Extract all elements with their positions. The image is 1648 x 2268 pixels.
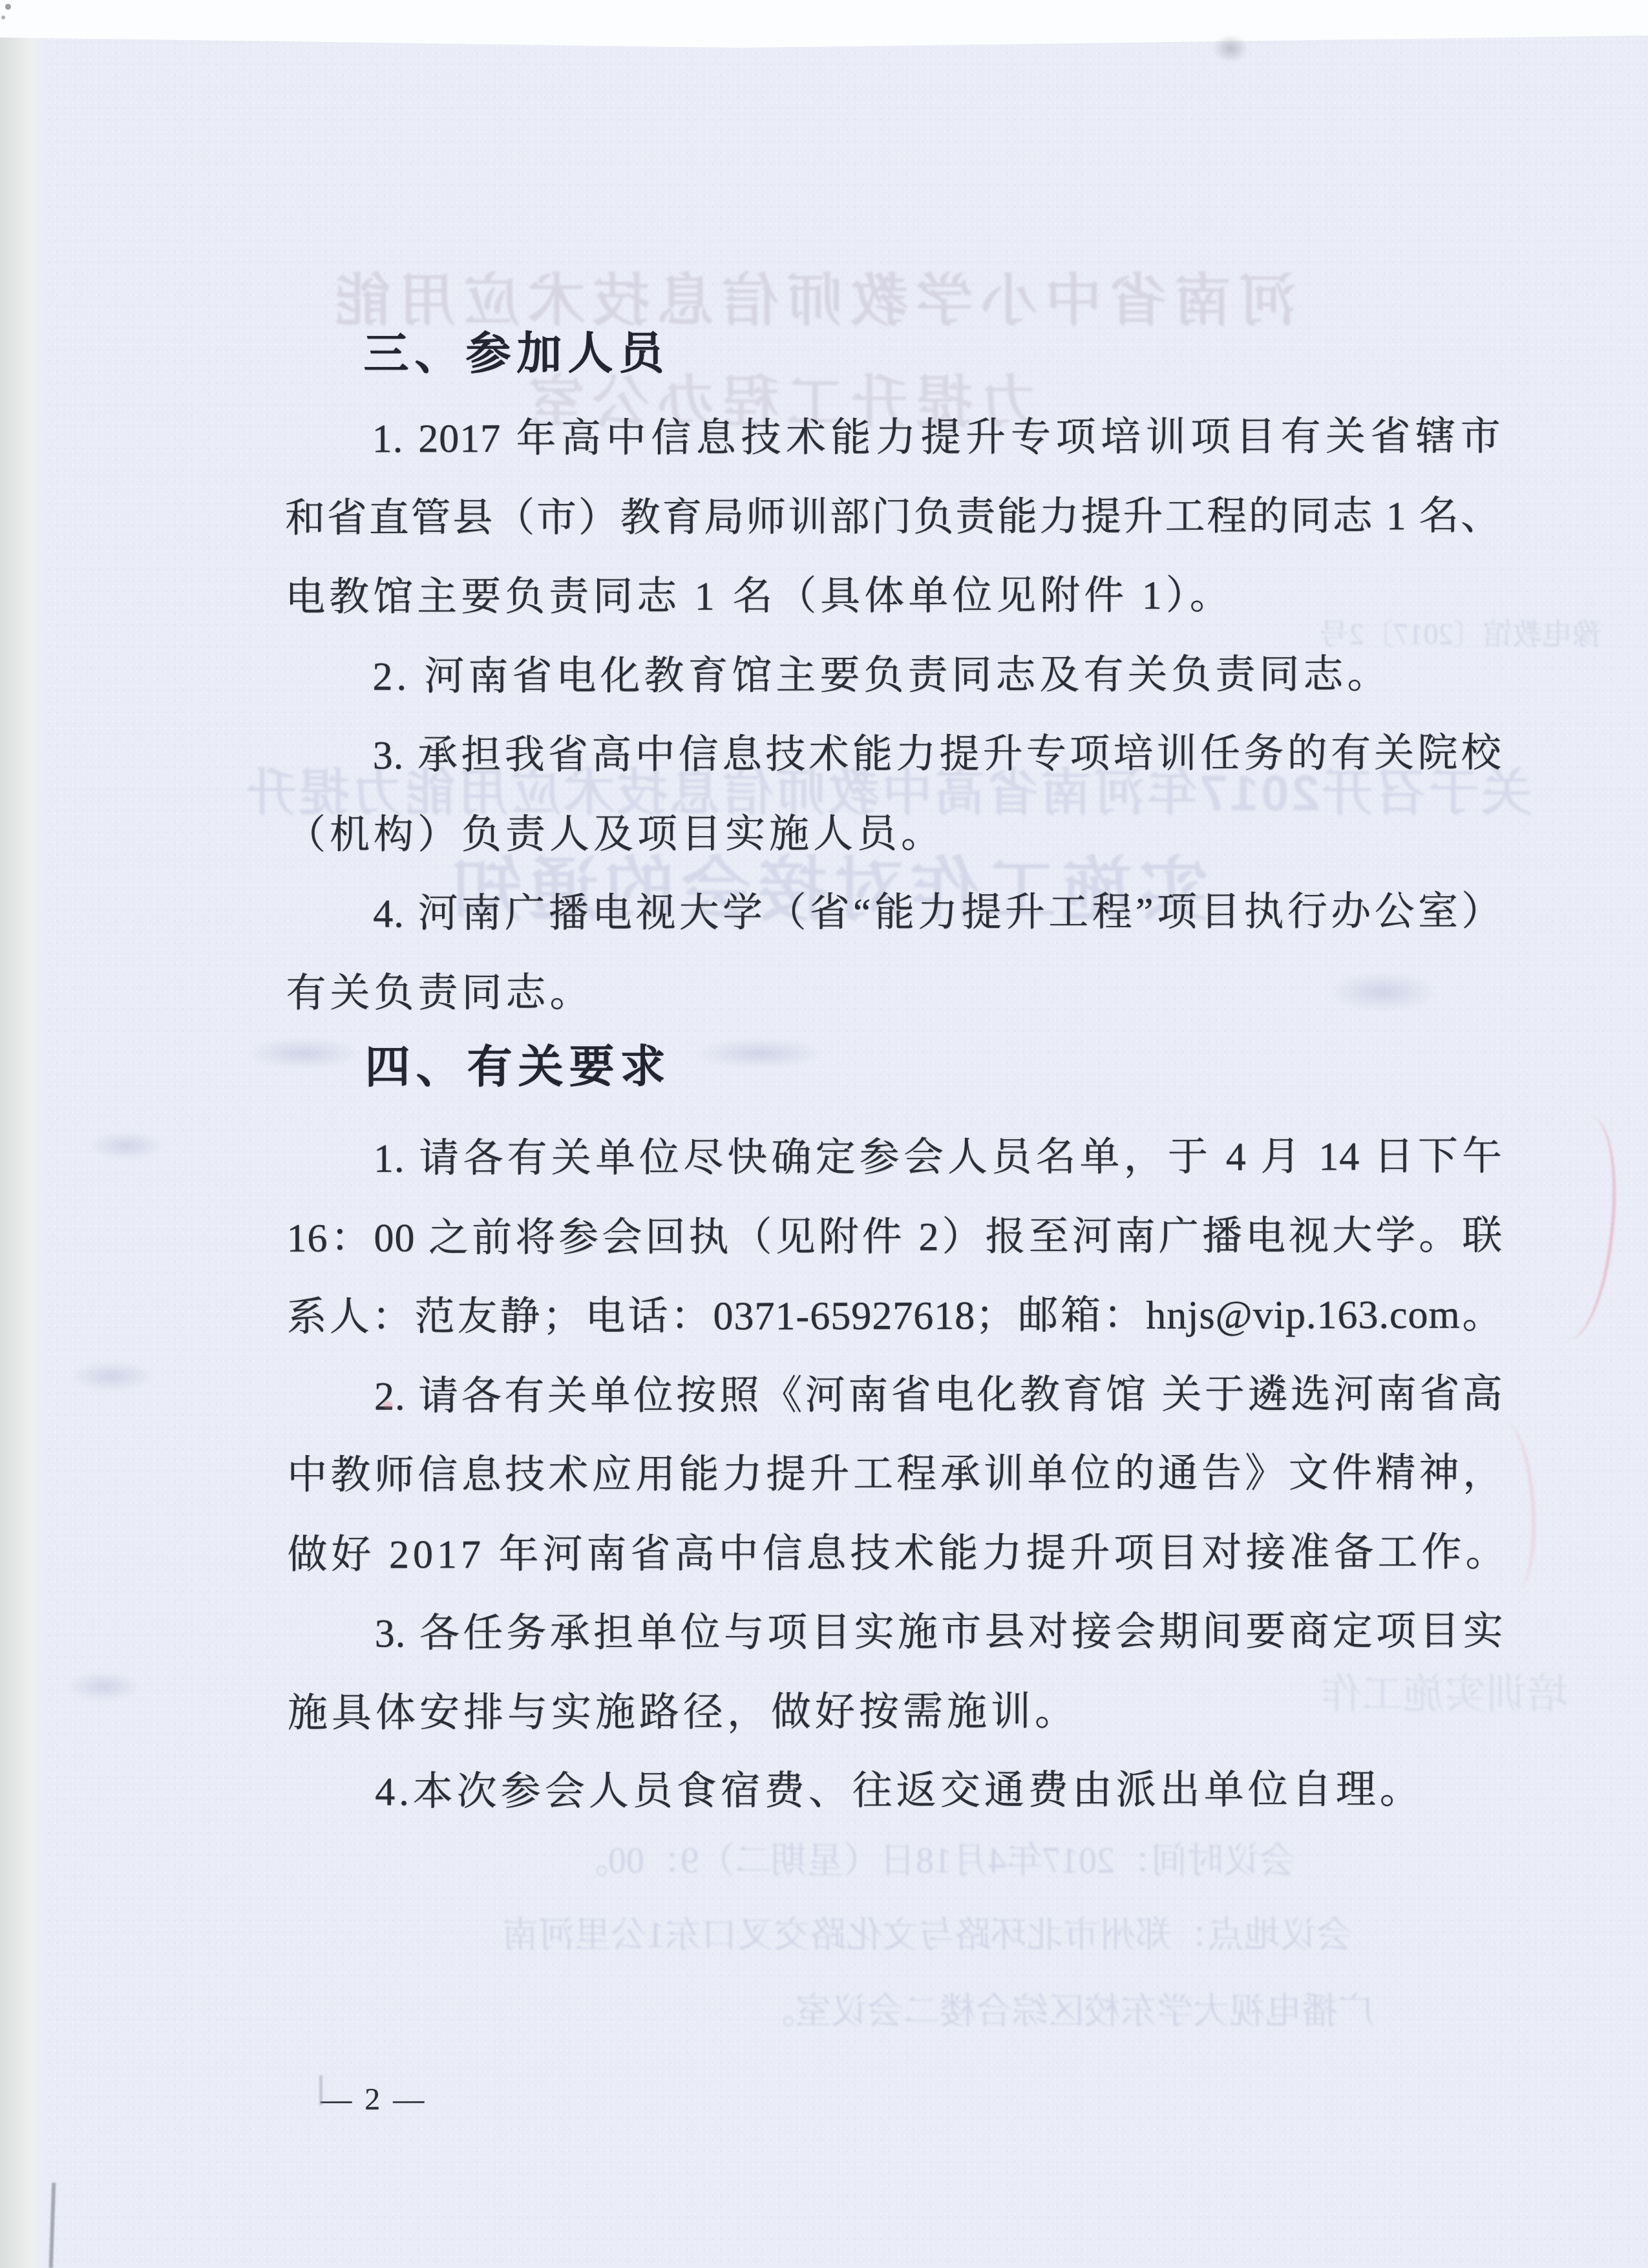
scan-artifact-speck (5, 4, 11, 10)
body-line: 16：00 之前将参会回执（见附件 2）报至河南广播电视大学。联 (286, 1206, 1503, 1268)
body-line: 1. 2017 年高中信息技术能力提升专项培训项目有关省辖市 (372, 407, 1501, 469)
section-3-heading: 三、参加人员 (363, 323, 670, 383)
scan-artifact-pink-dot (383, 1401, 393, 1409)
scan-artifact-speck (1, 16, 5, 19)
body-line: 电教馆主要负责同志 1 名（具体单位见附件 1）。 (285, 565, 1501, 627)
body-line: 和省直管县（市）教育局师训部门负责能力提升工程的同志 1 名、 (285, 487, 1501, 549)
body-line: 有关负责同志。 (286, 961, 1502, 1024)
body-line: 做好 2017 年河南省高中信息技术能力提升项目对接准备工作。 (287, 1523, 1503, 1585)
body-line: 1. 请各有关单位尽快确定参会人员名单，于 4 月 14 日下午 (374, 1127, 1503, 1189)
scanned-page: { "colors":{ "paper":"#e9ecf6", "ink":"#… (0, 0, 1648, 2268)
document-body: 三、参加人员 1. 2017 年高中信息技术能力提升专项培训项目有关省辖市 和省… (0, 0, 1648, 2268)
body-line: 4.本次参会人员食宿费、往返交通费由派出单位自理。 (375, 1760, 1504, 1822)
body-line: 3. 各任务承担单位与项目实施市县对接会期间要商定项目实 (375, 1602, 1504, 1664)
body-line: 中教师信息技术应用能力提升工程承训单位的通告》文件精神， (287, 1444, 1503, 1506)
scan-artifact-speck (319, 2075, 322, 2105)
scan-artifact-smudge (1207, 30, 1254, 67)
body-line: 3. 承担我省高中信息技术能力提升专项培训任务的有关院校 (373, 724, 1502, 786)
section-4-heading: 四、有关要求 (365, 1036, 671, 1097)
body-line: 系人：范友静；电话：0371-65927618；邮箱：hnjs@vip.163.… (286, 1285, 1503, 1347)
body-line: 2. 河南省电化教育馆主要负责同志及有关负责同志。 (372, 645, 1501, 707)
body-line: （机构）负责人及项目实施人员。 (286, 803, 1502, 865)
body-line: 2. 请各有关单位按照《河南省电化教育馆 关于遴选河南省高 (374, 1365, 1503, 1427)
body-line: 4. 河南广播电视大学（省“能力提升工程”项目执行办公室） (373, 882, 1502, 944)
body-line: 施具体安排与实施路径，做好按需施训。 (288, 1681, 1504, 1743)
